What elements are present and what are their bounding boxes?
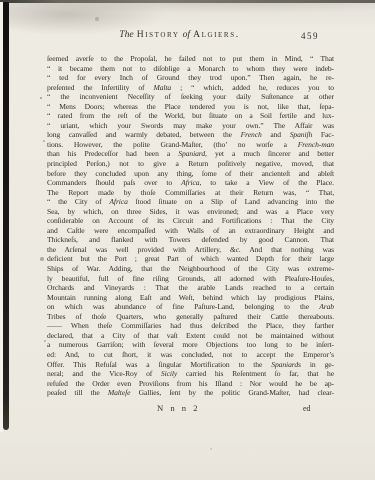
catchword: ed	[303, 404, 311, 413]
text-line: Ships of War. Adding, that the Neighbour…	[47, 264, 334, 274]
text-line: peaſed till the Malteſe Gallies, ſent by…	[47, 388, 334, 398]
text-line: principled Perſon,) not to give a Return…	[47, 159, 334, 169]
text-line: ed: And, to cut ſhort, it was concluded,…	[47, 350, 334, 360]
body-text: ſeemed averſe to the Propoſal, he failed…	[47, 54, 334, 402]
text-line: deficient but the Port ; great Part of w…	[47, 254, 334, 264]
text-line: “ Mens Doors; whereas the Place tendered…	[47, 102, 334, 112]
text-line: conſiderable on Account of its Circuit a…	[47, 216, 334, 226]
text-line: preſented the Infertility of Malta ; “ w…	[47, 83, 334, 93]
text-line: —— When theſe Commiſſaries had thus deſc…	[47, 321, 334, 331]
header-word-history: History	[137, 29, 180, 40]
text-line: declared, that a City of that vaſt Exten…	[47, 331, 334, 341]
text-line: “ the inconvenient Neceſſity of ſeeking …	[47, 92, 334, 102]
text-line: a numerous Garriſon; with ſeveral more O…	[47, 340, 334, 350]
text-line: “ the City of Africa ſtood ſituate on a …	[47, 197, 334, 207]
text-line: tions. However, the polite Grand-Maſter,…	[47, 140, 334, 150]
text-line: The Report made by thoſe Commiſſaries at…	[47, 188, 334, 198]
text-line: Tribes of thoſe Quarters, who generally …	[47, 312, 334, 322]
header-word-the: The	[119, 29, 133, 40]
signature-mark: N n n 2	[157, 403, 200, 413]
running-header: TheHistoryofAlgiers.	[62, 29, 300, 40]
text-line: Offer. This Refuſal was a ſingular Morti…	[47, 360, 334, 370]
text-line: ſeemed averſe to the Propoſal, he failed…	[47, 54, 334, 64]
text-line: Thickneſs, and flanked with Towers defen…	[47, 235, 334, 245]
page-number: 459	[301, 31, 319, 41]
header-word-of: of	[183, 29, 190, 40]
header-word-algiers: Algiers.	[193, 29, 240, 40]
text-line: Commanders ſhould paſs over to Africa, t…	[47, 178, 334, 188]
text-line: the Arſenal was well provided with Artil…	[47, 245, 334, 255]
paper-specks	[0, 0, 2, 2]
text-line: and Caſtle were encompaſſed with Walls o…	[47, 226, 334, 236]
text-line: before they concluded upon any thing, ſo…	[47, 169, 334, 179]
text-line: “ ted for every Inch of Ground they trod…	[47, 73, 334, 83]
text-line: than his Predeceſſor had been a Spaniard…	[47, 149, 334, 159]
scan-top-edge	[0, 0, 375, 3]
book-spine-shadow	[3, 2, 9, 430]
scanned-book-page: TheHistoryofAlgiers. 459 ſeemed averſe t…	[0, 0, 375, 480]
text-line: Sea, by which, on three Sides, it was en…	[47, 207, 334, 217]
text-line: “ uriant, which your Swords may make you…	[47, 121, 334, 131]
text-line: neral; and the Vice-Roy of Sicily carrie…	[47, 369, 334, 379]
text-line: refuſed the Order even Proviſions from h…	[47, 379, 334, 389]
text-line: “ it became them not to diſoblige a Mona…	[47, 64, 334, 74]
text-line: Orchards and Vineyards : That the arable…	[47, 283, 334, 293]
text-line: long canvaſſed and warmly debated, betwe…	[47, 130, 334, 140]
text-line: ly beautiful, full of fine riſing Ground…	[47, 274, 334, 284]
text-line: “ rated from the reſt of the World, but …	[47, 111, 334, 121]
text-line: on which was abundance of fine Paſture-L…	[47, 302, 334, 312]
text-line: Mountain running along Eaſt and Weſt, be…	[47, 293, 334, 303]
